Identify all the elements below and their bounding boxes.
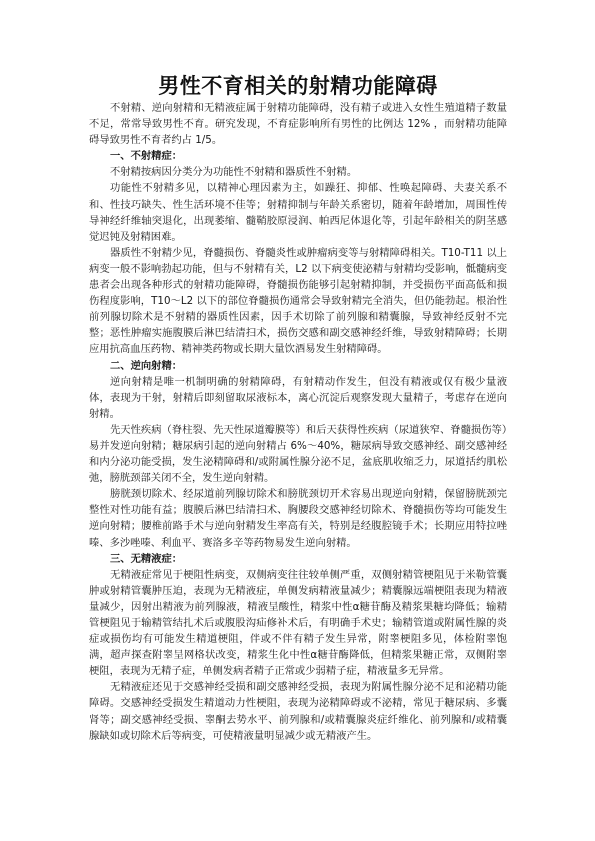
- document-title: 男性不育相关的射精功能障碍: [89, 72, 507, 100]
- document-page: 男性不育相关的射精功能障碍 不射精、逆向射精和无精液症属于射精功能障碍，没有精子…: [89, 72, 507, 744]
- paragraph: 功能性不射精多见，以精神心理因素为主，如躁狂、抑郁、性唤起障碍、夫妻关系不和、性…: [89, 180, 507, 244]
- paragraph: 先天性疾病（脊柱裂、先天性尿道瓣膜等）和后天获得性疾病（尿道狭窄、脊髓损伤等）易…: [89, 422, 507, 486]
- paragraph: 无精液症常见于梗阻性病变，双侧病变往往较单侧严重，双侧射精管梗阻见于米勒管囊肿或…: [89, 567, 507, 680]
- intro-paragraph: 不射精、逆向射精和无精液症属于射精功能障碍，没有精子或进入女性生殖道精子数量不足…: [89, 100, 507, 148]
- section-heading: 二、逆向射精：: [89, 358, 507, 374]
- paragraph: 不射精按病因分类分为功能性不射精和器质性不射精。: [89, 164, 507, 180]
- section-heading: 三、无精液症：: [89, 551, 507, 567]
- section-heading: 一、不射精症：: [89, 148, 507, 164]
- section-anejaculation: 一、不射精症： 不射精按病因分类分为功能性不射精和器质性不射精。 功能性不射精多…: [89, 148, 507, 357]
- section-aspermia: 三、无精液症： 无精液症常见于梗阻性病变，双侧病变往往较单侧严重，双侧射精管梗阻…: [89, 551, 507, 744]
- paragraph: 无精液症还见于交感神经受损和副交感神经受损，表现为附属性腺分泌不足和泌精功能障碍…: [89, 679, 507, 743]
- paragraph: 膀胱颈切除术、经尿道前列腺切除术和膀胱颈切开术容易出现逆向射精，保留膀胱颈完整性…: [89, 486, 507, 550]
- section-retrograde-ejaculation: 二、逆向射精： 逆向射精是唯一机制明确的射精障碍，有射精动作发生，但没有精液或仅…: [89, 358, 507, 551]
- paragraph: 器质性不射精少见，脊髓损伤、脊髓炎性或肿瘤病变等与射精障碍相关。T10-T11 …: [89, 245, 507, 358]
- paragraph: 逆向射精是唯一机制明确的射精障碍，有射精动作发生，但没有精液或仅有极少量液体，表…: [89, 374, 507, 422]
